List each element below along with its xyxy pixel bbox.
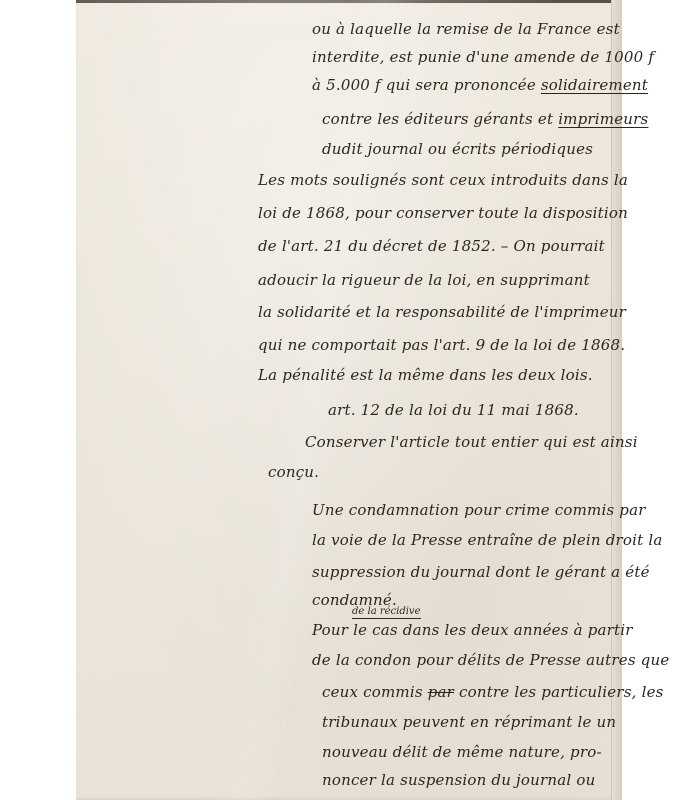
text-line: Conserver l'article tout entier qui est …: [305, 433, 638, 451]
text-line: de la condon pour délits de Presse autre…: [312, 651, 669, 669]
struck-word: par: [428, 683, 454, 701]
text-span: contre les éditeurs gérants et: [322, 110, 558, 128]
underlined-word: solidairement: [541, 76, 648, 94]
text-line: adoucir la rigueur de la loi, en supprim…: [258, 271, 590, 289]
interlinear-insertion: de la récidive: [352, 606, 421, 619]
text-line: noncer la suspension du journal ou: [322, 771, 595, 789]
text-line: à 5.000 f qui sera prononcée solidaireme…: [312, 76, 648, 94]
text-span: ceux commis: [322, 683, 428, 701]
text-line: Pour le cas dans les deux années à parti…: [312, 621, 633, 639]
text-line: loi de 1868, pour conserver toute la dis…: [258, 204, 628, 222]
text-span: contre les particuliers, les: [454, 683, 664, 701]
manuscript-page: ou à laquelle la remise de la France est…: [76, 0, 622, 800]
text-line: ou à laquelle la remise de la France est: [312, 20, 620, 38]
text-line: qui ne comportait pas l'art. 9 de la loi…: [258, 336, 625, 354]
text-line: dudit journal ou écrits périodiques: [322, 140, 593, 158]
text-line: nouveau délit de même nature, pro-: [322, 743, 602, 761]
quoted-text-line: Une condamnation pour crime commis par: [312, 501, 646, 519]
underlined-word: imprimeurs: [558, 110, 648, 128]
text-line: conçu.: [268, 463, 319, 481]
text-line: tribunaux peuvent en réprimant le un: [322, 713, 616, 731]
text-line: interdite, est punie d'une amende de 100…: [312, 48, 654, 66]
quoted-text-line: la voie de la Presse entraîne de plein d…: [312, 531, 662, 549]
article-heading: art. 12 de la loi du 11 mai 1868.: [328, 401, 579, 419]
quoted-text-line: suppression du journal dont le gérant a …: [312, 563, 650, 581]
text-line: ceux commis par contre les particuliers,…: [322, 683, 664, 701]
text-line: de l'art. 21 du décret de 1852. – On pou…: [258, 237, 605, 255]
text-line: la solidarité et la responsabilité de l'…: [258, 303, 626, 321]
text-line: contre les éditeurs gérants et imprimeur…: [322, 110, 648, 128]
text-line: La pénalité est la même dans les deux lo…: [258, 366, 593, 384]
text-line: Les mots soulignés sont ceux introduits …: [258, 171, 628, 189]
text-span: à 5.000 f qui sera prononcée: [312, 76, 541, 94]
